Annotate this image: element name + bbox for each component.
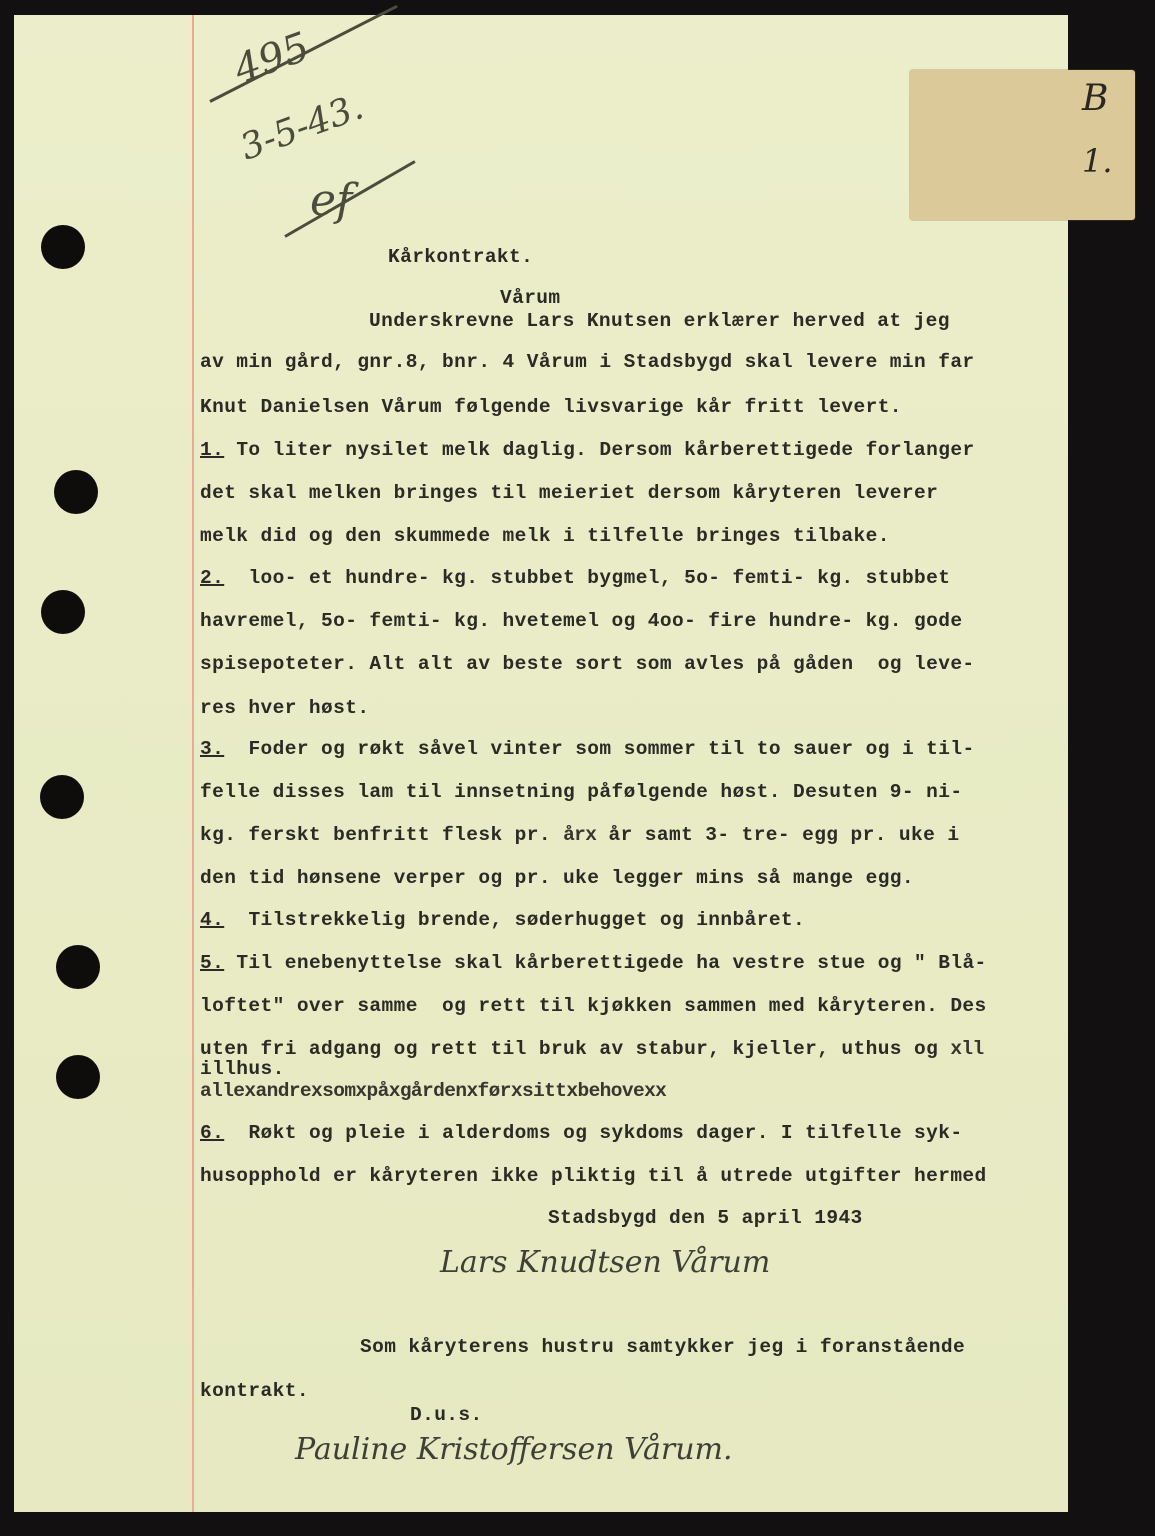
struck-text: xll [950, 1038, 983, 1060]
punch-hole-icon [41, 225, 85, 269]
clause-1-line: det skal melken bringes til meieriet der… [200, 482, 938, 504]
intro-line: Underskrevne Lars Knutsen erklærer herve… [369, 310, 950, 332]
tab-letter: B [1082, 78, 1108, 119]
struck-text: årx [563, 824, 596, 846]
margin-line [192, 15, 194, 1512]
signature-pauline: Pauline Kristoffersen Vårum. [295, 1432, 733, 1467]
consent-line: kontrakt. [200, 1380, 309, 1402]
clause-6-line: husopphold er kåryteren ikke pliktig til… [200, 1165, 987, 1187]
farm-name: Vårum [500, 287, 561, 309]
signature-lars: Lars Knudtsen Vårum [440, 1245, 770, 1280]
clause-number: 4. [200, 909, 224, 931]
clause-number: 1. [200, 439, 224, 461]
clause-2-line: res hver høst. [200, 697, 369, 719]
consent-line: Som kåryterens hustru samtykker jeg i fo… [360, 1336, 965, 1358]
clause-3-line: den tid hønsene verper og pr. uke legger… [200, 867, 914, 889]
clause-1-line: 1. To liter nysilet melk daglig. Dersom … [200, 439, 975, 461]
tab-number: 1. [1082, 142, 1113, 180]
clause-3-line: kg. ferskt benfritt flesk pr. årx år sam… [200, 824, 959, 846]
punch-hole-icon [41, 590, 85, 634]
clause-5-line: illhus. [200, 1058, 285, 1080]
clause-2-line: spisepoteter. Alt alt av beste sort som … [200, 653, 975, 675]
struck-line: allexandrexsomxpåxgårdenxførxsittxbehove… [200, 1080, 666, 1102]
clause-number: 5. [200, 952, 224, 974]
document-page [14, 15, 1068, 1512]
intro-line: av min gård, gnr.8, bnr. 4 Vårum i Stads… [200, 351, 975, 373]
place-date: Stadsbygd den 5 april 1943 [548, 1207, 863, 1229]
clause-3-line: 3. Foder og røkt såvel vinter som sommer… [200, 738, 975, 760]
clause-2-line: 2. loo- et hundre- kg. stubbet bygmel, 5… [200, 567, 950, 589]
clause-number: 3. [200, 738, 224, 760]
index-tab: B 1. [910, 70, 1135, 220]
clause-5-line: loftet" over samme og rett til kjøkken s… [200, 995, 987, 1017]
clause-number: 2. [200, 567, 224, 589]
punch-hole-icon [40, 775, 84, 819]
clause-number: 6. [200, 1122, 224, 1144]
clause-5-line: uten fri adgang og rett til bruk av stab… [200, 1038, 984, 1060]
document-title: Kårkontrakt. [388, 246, 533, 268]
clause-3-line: felle disses lam til innsetning påfølgen… [200, 781, 962, 803]
dus-abbreviation: D.u.s. [410, 1404, 483, 1426]
clause-5-line: 5. Til enebenyttelse skal kårberettigede… [200, 952, 987, 974]
punch-hole-icon [56, 1055, 100, 1099]
clause-4-line: 4. Tilstrekkelig brende, søderhugget og … [200, 909, 805, 931]
clause-1-line: melk did og den skummede melk i tilfelle… [200, 525, 890, 547]
punch-hole-icon [54, 470, 98, 514]
clause-2-line: havremel, 5o- femti- kg. hvetemel og 4oo… [200, 610, 962, 632]
punch-hole-icon [56, 945, 100, 989]
intro-line: Knut Danielsen Vårum følgende livsvarige… [200, 396, 902, 418]
clause-6-line: 6. Røkt og pleie i alderdoms og sykdoms … [200, 1122, 962, 1144]
